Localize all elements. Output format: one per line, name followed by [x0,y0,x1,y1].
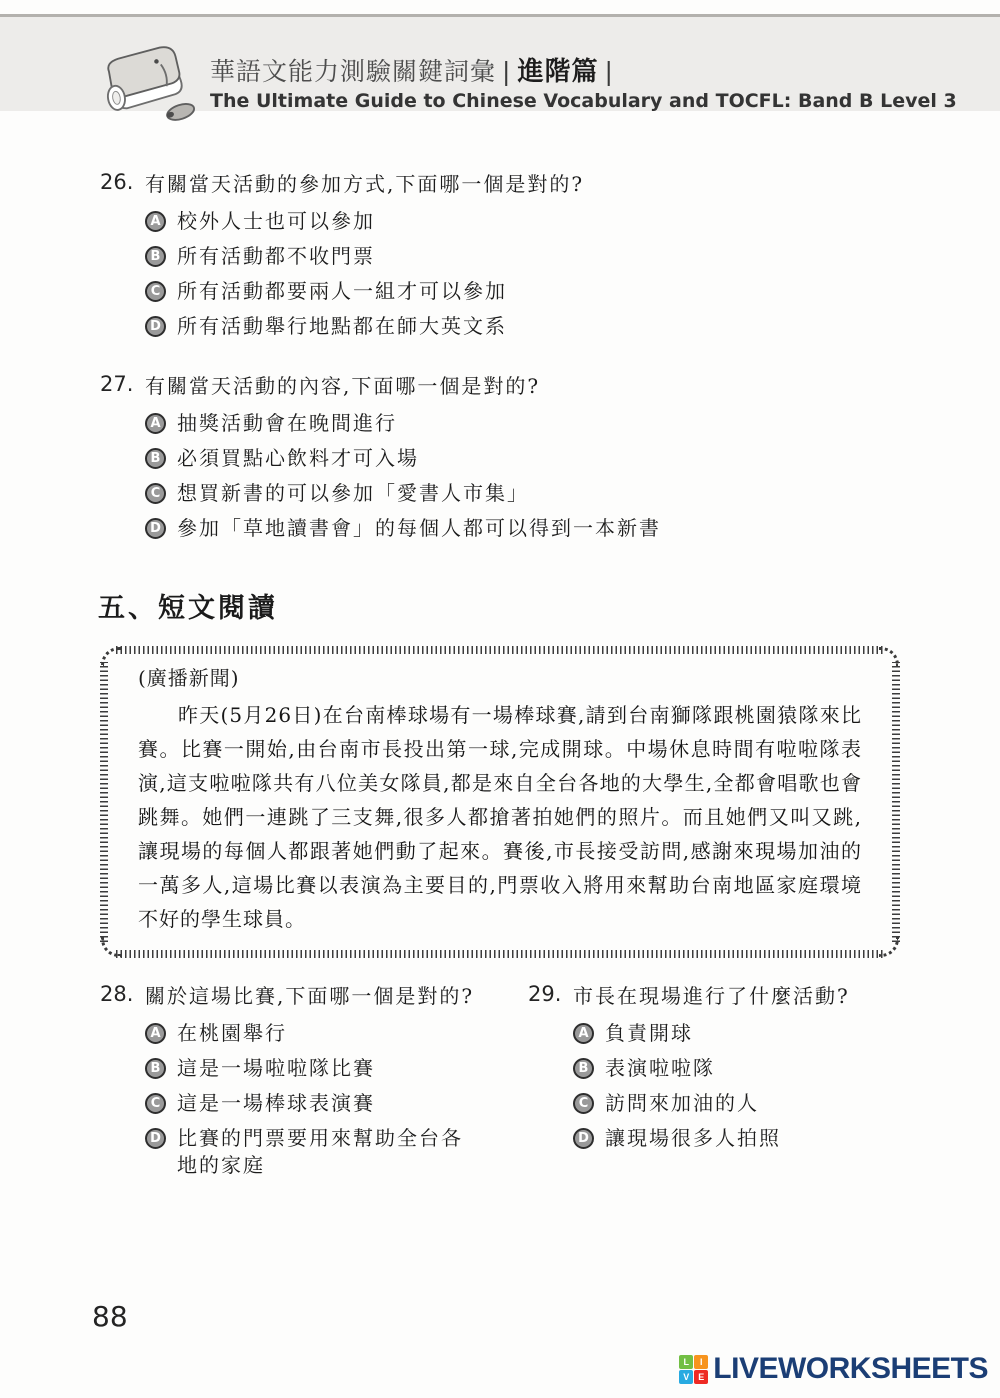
question-26: 26. 有關當天活動的參加方式,下面哪一個是對的? A 校外人士也可以參加 B … [100,170,930,340]
logo-square-v: V [679,1370,693,1384]
option-label: 想買新書的可以參加「愛書人市集」 [177,480,529,507]
passage-corner-bl [101,937,121,957]
options-list: A 校外人士也可以參加 B 所有活動都不收門票 C 所有活動都要兩人一組才可以參… [145,208,930,340]
option-marker-d[interactable]: D [145,518,166,539]
question-head: 29. 市長在現場進行了什麼活動? [528,982,968,1010]
passage-body: 昨天(5月26日)在台南棒球場有一場棒球賽,請到台南獅隊跟桃園猿隊來比賽。比賽一… [138,698,862,936]
section-heading: 五、短文閱讀 [98,586,278,625]
question-number: 27. [100,372,145,396]
header-divider: | [502,57,511,86]
options-list: A 負責開球 B 表演啦啦隊 C 訪問來加油的人 D 讓現場很多人拍照 [573,1020,968,1152]
option-row-c[interactable]: C 訪問來加油的人 [573,1090,968,1117]
option-row-b[interactable]: B 必須買點心飲料才可入場 [145,445,930,472]
logo-square-l: L [679,1355,693,1369]
option-row-d[interactable]: D 參加「草地讀書會」的每個人都可以得到一本新書 [145,515,930,542]
option-row-a[interactable]: A 負責開球 [573,1020,968,1047]
passage-corner-tl [101,647,121,667]
option-marker-c[interactable]: C [145,281,166,302]
option-label: 這是一場啦啦隊比賽 [177,1055,375,1082]
liveworksheets-grid-icon: L I V E [679,1355,708,1384]
option-label: 所有活動舉行地點都在師大英文系 [177,313,507,340]
option-row-b[interactable]: B 這是一場啦啦隊比賽 [145,1055,500,1082]
option-row-c[interactable]: C 所有活動都要兩人一組才可以參加 [145,278,930,305]
options-list: A 在桃園舉行 B 這是一場啦啦隊比賽 C 這是一場棒球表演賽 D 比賽的門票要… [145,1020,500,1179]
question-number: 26. [100,170,145,194]
option-marker-a[interactable]: A [145,211,166,232]
option-marker-a[interactable]: A [145,413,166,434]
question-text: 有關當天活動的內容,下面哪一個是對的? [145,372,540,400]
option-row-a[interactable]: A 校外人士也可以參加 [145,208,930,235]
page-number: 88 [92,1300,128,1333]
option-label: 參加「草地讀書會」的每個人都可以得到一本新書 [177,515,661,542]
question-head: 26. 有關當天活動的參加方式,下面哪一個是對的? [100,170,930,198]
option-row-b[interactable]: B 所有活動都不收門票 [145,243,930,270]
option-marker-b[interactable]: B [145,448,166,469]
option-row-d[interactable]: D 比賽的門票要用來幫助全台各地的家庭 [145,1125,500,1179]
option-label: 負責開球 [605,1020,693,1047]
options-list: A 抽獎活動會在晚間進行 B 必須買點心飲料才可入場 C 想買新書的可以參加「愛… [145,410,930,542]
option-row-d[interactable]: D 所有活動舉行地點都在師大英文系 [145,313,930,340]
question-28: 28. 關於這場比賽,下面哪一個是對的? A 在桃園舉行 B 這是一場啦啦隊比賽… [100,982,500,1179]
question-number: 28. [100,982,145,1006]
passage-border-bottom [116,950,884,958]
liveworksheets-logo[interactable]: L I V E LIVEWORKSHEETS [679,1352,988,1386]
question-head: 28. 關於這場比賽,下面哪一個是對的? [100,982,500,1010]
option-row-b[interactable]: B 表演啦啦隊 [573,1055,968,1082]
option-marker-c[interactable]: C [145,483,166,504]
question-text: 市長在現場進行了什麼活動? [573,982,850,1010]
option-row-a[interactable]: A 抽獎活動會在晚間進行 [145,410,930,437]
option-marker-c[interactable]: C [145,1093,166,1114]
header-band: 華語文能力測驗關鍵詞彙|進階篇| The Ultimate Guide to C… [0,14,1000,111]
option-marker-d[interactable]: D [145,316,166,337]
passage-border-top [116,646,884,654]
option-marker-c[interactable]: C [573,1093,594,1114]
logo-square-e: E [694,1370,708,1384]
header-badge: 進階篇 [517,57,598,87]
question-text: 有關當天活動的參加方式,下面哪一個是對的? [145,170,584,198]
worksheet-page: 華語文能力測驗關鍵詞彙|進階篇| The Ultimate Guide to C… [0,0,1000,1398]
option-label: 必須買點心飲料才可入場 [177,445,419,472]
passage-box: (廣播新聞) 昨天(5月26日)在台南棒球場有一場棒球賽,請到台南獅隊跟桃園猿隊… [100,646,900,958]
option-marker-b[interactable]: B [573,1058,594,1079]
option-label: 表演啦啦隊 [605,1055,715,1082]
option-label: 在桃園舉行 [177,1020,287,1047]
question-number: 29. [528,982,573,1006]
option-label: 比賽的門票要用來幫助全台各地的家庭 [177,1125,479,1179]
passage-corner-br [879,937,899,957]
option-marker-d[interactable]: D [573,1128,594,1149]
option-marker-b[interactable]: B [145,246,166,267]
option-marker-d[interactable]: D [145,1128,166,1149]
header-title-zh: 華語文能力測驗關鍵詞彙|進階篇| [210,57,957,87]
header-divider-2: | [604,57,613,86]
book-icon [88,41,206,125]
option-row-d[interactable]: D 讓現場很多人拍照 [573,1125,968,1152]
header-subtitle: The Ultimate Guide to Chinese Vocabulary… [210,90,957,112]
option-row-a[interactable]: A 在桃園舉行 [145,1020,500,1047]
option-marker-b[interactable]: B [145,1058,166,1079]
option-label: 這是一場棒球表演賽 [177,1090,375,1117]
logo-text: LIVEWORKSHEETS [713,1352,988,1386]
option-label: 校外人士也可以參加 [177,208,375,235]
option-label: 讓現場很多人拍照 [605,1125,781,1152]
option-row-c[interactable]: C 這是一場棒球表演賽 [145,1090,500,1117]
question-29: 29. 市長在現場進行了什麼活動? A 負責開球 B 表演啦啦隊 C 訪問來加油… [528,982,968,1152]
logo-square-i: I [694,1355,708,1369]
passage-content: (廣播新聞) 昨天(5月26日)在台南棒球場有一場棒球賽,請到台南獅隊跟桃園猿隊… [138,662,862,936]
passage-corner-tr [879,647,899,667]
question-27: 27. 有關當天活動的內容,下面哪一個是對的? A 抽獎活動會在晚間進行 B 必… [100,372,930,542]
option-row-c[interactable]: C 想買新書的可以參加「愛書人市集」 [145,480,930,507]
question-head: 27. 有關當天活動的內容,下面哪一個是對的? [100,372,930,400]
option-marker-a[interactable]: A [573,1023,594,1044]
option-marker-a[interactable]: A [145,1023,166,1044]
passage-border-left [100,662,108,942]
option-label: 所有活動都要兩人一組才可以參加 [177,278,507,305]
passage-border-right [892,662,900,942]
question-text: 關於這場比賽,下面哪一個是對的? [145,982,474,1010]
header-title-main: 華語文能力測驗關鍵詞彙 [210,57,496,86]
option-label: 所有活動都不收門票 [177,243,375,270]
passage-label: (廣播新聞) [138,662,862,694]
option-label: 抽獎活動會在晚間進行 [177,410,397,437]
option-label: 訪問來加油的人 [605,1090,759,1117]
header-title-block: 華語文能力測驗關鍵詞彙|進階篇| The Ultimate Guide to C… [210,57,957,112]
